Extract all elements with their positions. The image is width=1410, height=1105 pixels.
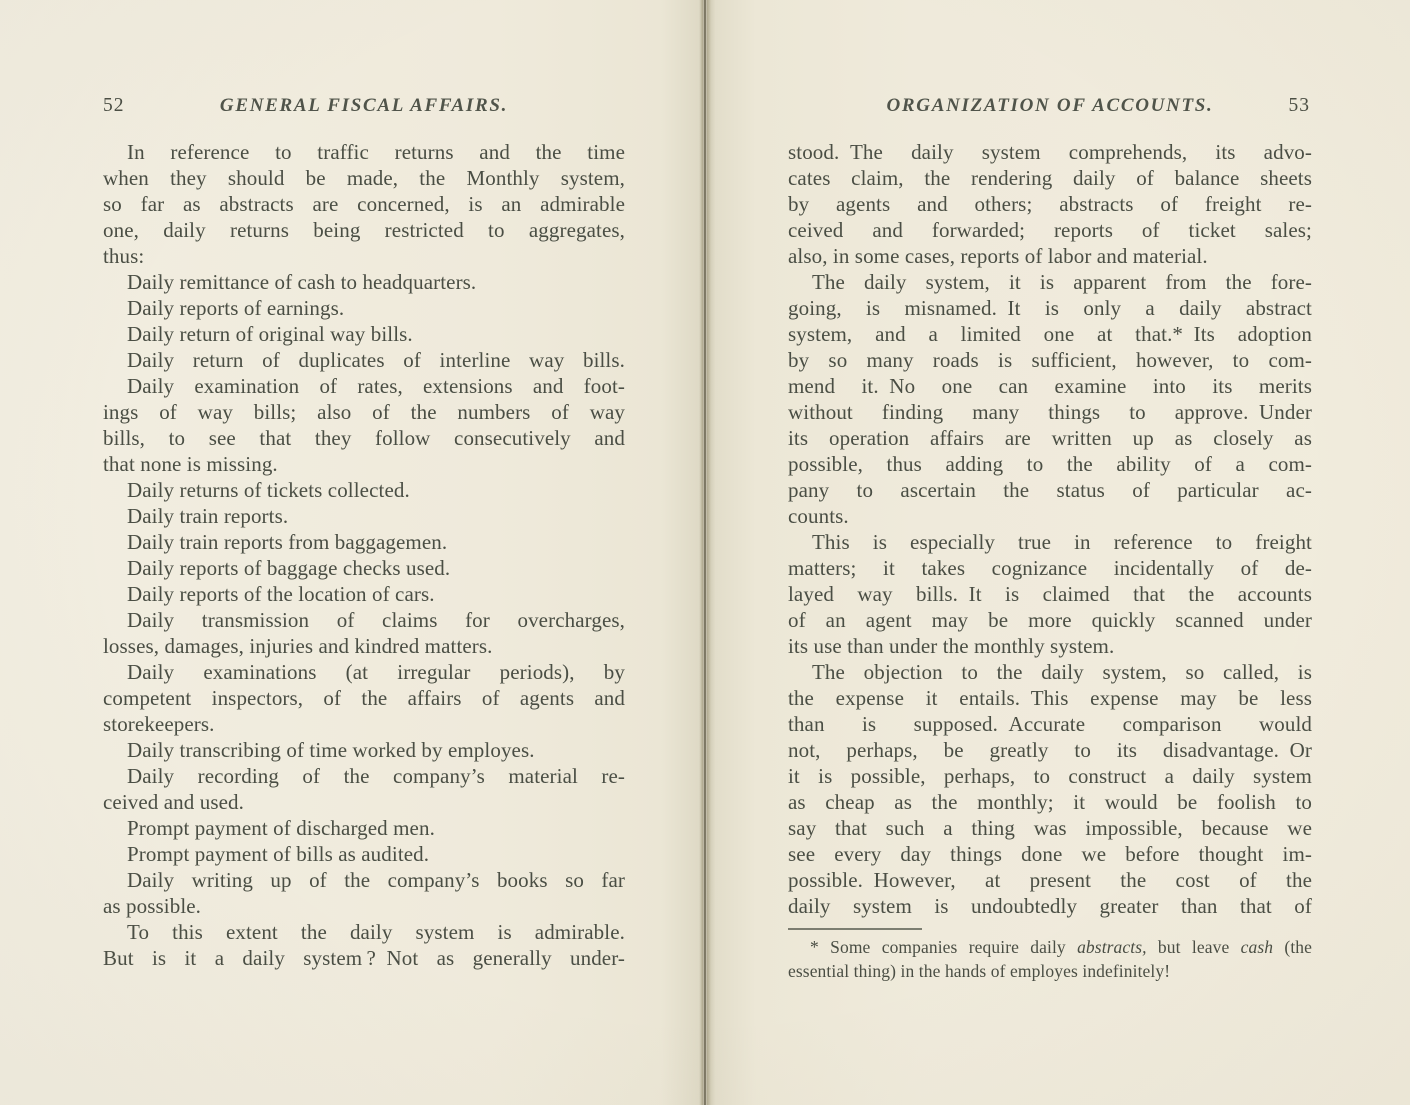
paragraph: Daily remittance of cash to headquarters… xyxy=(103,269,625,295)
text-line: Daily recording of the company’s materia… xyxy=(103,763,625,789)
footnote-italic-text: cash xyxy=(1241,937,1273,957)
text-line: Daily reports of earnings. xyxy=(103,295,625,321)
text-line: Daily return of original way bills. xyxy=(103,321,625,347)
text-line: The objection to the daily system, so ca… xyxy=(788,659,1312,685)
paragraph: Prompt payment of bills as audited. xyxy=(103,841,625,867)
paragraph: Daily examinations (at irregular periods… xyxy=(103,659,625,737)
paragraph: Daily reports of baggage checks used. xyxy=(103,555,625,581)
text-line: losses, damages, injuries and kindred ma… xyxy=(103,633,625,659)
text-line: Prompt payment of bills as audited. xyxy=(103,841,625,867)
footnote-line: * Some companies require daily abstracts… xyxy=(788,935,1312,959)
paragraph: To this extent the daily system is admir… xyxy=(103,919,625,971)
left-page-number: 52 xyxy=(103,95,125,117)
text-line: system, and a limited one at that.* Its … xyxy=(788,321,1312,347)
text-line: not, perhaps, be greatly to its disadvan… xyxy=(788,737,1312,763)
right-running-title: ORGANIZATION OF ACCOUNTS. xyxy=(788,95,1312,117)
paragraph: The daily system, it is apparent from th… xyxy=(788,269,1312,529)
text-line: say that such a thing was impossible, be… xyxy=(788,815,1312,841)
text-line: layed way bills. It is claimed that the … xyxy=(788,581,1312,607)
paragraph: Daily train reports from baggagemen. xyxy=(103,529,625,555)
book-spine-fold xyxy=(699,0,711,1105)
text-line: ceived and used. xyxy=(103,789,625,815)
text-line: The daily system, it is apparent from th… xyxy=(788,269,1312,295)
paragraph: Daily returns of tickets collected. xyxy=(103,477,625,503)
text-line: Daily transcribing of time worked by emp… xyxy=(103,737,625,763)
text-line: without finding many things to approve. … xyxy=(788,399,1312,425)
text-line: Daily return of duplicates of interline … xyxy=(103,347,625,373)
right-page-body: stood. The daily system comprehends, its… xyxy=(788,139,1312,983)
text-line: storekeepers. xyxy=(103,711,625,737)
paragraph: Daily recording of the company’s materia… xyxy=(103,763,625,815)
text-line: To this extent the daily system is admir… xyxy=(103,919,625,945)
footnote-rule xyxy=(788,928,922,930)
footnote-italic-text: abstracts, xyxy=(1077,937,1147,957)
paragraph: Daily train reports. xyxy=(103,503,625,529)
paragraph: stood. The daily system comprehends, its… xyxy=(788,139,1312,269)
text-line: as cheap as the monthly; it would be foo… xyxy=(788,789,1312,815)
text-line: as possible. xyxy=(103,893,625,919)
left-page-body: In reference to traffic returns and the … xyxy=(103,139,625,971)
paragraph: Daily writing up of the company’s books … xyxy=(103,867,625,919)
text-line: its operation affairs are written up as … xyxy=(788,425,1312,451)
text-line: Daily remittance of cash to headquarters… xyxy=(103,269,625,295)
paragraph: Prompt payment of discharged men. xyxy=(103,815,625,841)
footnote-text: (the xyxy=(1273,937,1312,957)
text-line: also, in some cases, reports of labor an… xyxy=(788,243,1312,269)
paragraph: Daily examination of rates, extensions a… xyxy=(103,373,625,477)
paragraph: Daily transmission of claims for overcha… xyxy=(103,607,625,659)
paragraph: Daily reports of the location of cars. xyxy=(103,581,625,607)
paragraph: Daily reports of earnings. xyxy=(103,295,625,321)
text-line: see every day things done we before thou… xyxy=(788,841,1312,867)
paragraph: In reference to traffic returns and the … xyxy=(103,139,625,269)
text-line: Daily train reports from baggagemen. xyxy=(103,529,625,555)
text-line: cates claim, the rendering daily of bala… xyxy=(788,165,1312,191)
text-line: than is supposed. Accurate comparison wo… xyxy=(788,711,1312,737)
text-line: daily system is undoubtedly greater than… xyxy=(788,893,1312,919)
text-line: it is possible, perhaps, to construct a … xyxy=(788,763,1312,789)
text-line: ceived and forwarded; reports of ticket … xyxy=(788,217,1312,243)
text-line: Daily examination of rates, extensions a… xyxy=(103,373,625,399)
text-line: But is it a daily system ? Not as genera… xyxy=(103,945,625,971)
text-line: Daily writing up of the company’s books … xyxy=(103,867,625,893)
text-line: by so many roads is sufficient, however,… xyxy=(788,347,1312,373)
footnote-text: essential thing) in the hands of employe… xyxy=(788,961,1170,981)
paragraph: Daily return of original way bills. xyxy=(103,321,625,347)
right-running-head: ORGANIZATION OF ACCOUNTS. 53 xyxy=(788,95,1312,121)
text-line: Daily train reports. xyxy=(103,503,625,529)
text-line: Daily transmission of claims for overcha… xyxy=(103,607,625,633)
paragraph: Daily transcribing of time worked by emp… xyxy=(103,737,625,763)
text-line: ings of way bills; also of the numbers o… xyxy=(103,399,625,425)
text-line: In reference to traffic returns and the … xyxy=(103,139,625,165)
text-line: so far as abstracts are concerned, is an… xyxy=(103,191,625,217)
paragraph: This is especially true in reference to … xyxy=(788,529,1312,659)
text-line: possible. However, at present the cost o… xyxy=(788,867,1312,893)
text-line: Daily reports of the location of cars. xyxy=(103,581,625,607)
text-line: stood. The daily system comprehends, its… xyxy=(788,139,1312,165)
text-line: counts. xyxy=(788,503,1312,529)
text-line: Daily examinations (at irregular periods… xyxy=(103,659,625,685)
paragraph: The objection to the daily system, so ca… xyxy=(788,659,1312,919)
text-line: going, is misnamed. It is only a daily a… xyxy=(788,295,1312,321)
text-line: the expense it entails. This expense may… xyxy=(788,685,1312,711)
text-line: Daily returns of tickets collected. xyxy=(103,477,625,503)
paragraph: Daily return of duplicates of interline … xyxy=(103,347,625,373)
footnote-text: * Some companies require daily xyxy=(810,937,1077,957)
text-line: This is especially true in reference to … xyxy=(788,529,1312,555)
footnote-text: but leave xyxy=(1147,937,1241,957)
footnote-line: essential thing) in the hands of employe… xyxy=(788,959,1312,983)
text-line: one, daily returns being restricted to a… xyxy=(103,217,625,243)
text-line: pany to ascertain the status of particul… xyxy=(788,477,1312,503)
text-line: competent inspectors, of the affairs of … xyxy=(103,685,625,711)
footnote-lines: * Some companies require daily abstracts… xyxy=(788,935,1312,983)
left-running-head: 52 GENERAL FISCAL AFFAIRS. xyxy=(103,95,625,121)
right-page-number: 53 xyxy=(1289,95,1311,117)
text-line: by agents and others; abstracts of freig… xyxy=(788,191,1312,217)
text-line: Prompt payment of discharged men. xyxy=(103,815,625,841)
text-line: possible, thus adding to the ability of … xyxy=(788,451,1312,477)
text-line: when they should be made, the Monthly sy… xyxy=(103,165,625,191)
text-line: that none is missing. xyxy=(103,451,625,477)
footnote: * Some companies require daily abstracts… xyxy=(788,928,1312,983)
text-line: Daily reports of baggage checks used. xyxy=(103,555,625,581)
text-line: of an agent may be more quickly scanned … xyxy=(788,607,1312,633)
text-line: its use than under the monthly system. xyxy=(788,633,1312,659)
right-page-paragraphs: stood. The daily system comprehends, its… xyxy=(788,139,1312,919)
text-line: bills, to see that they follow consecuti… xyxy=(103,425,625,451)
left-running-title: GENERAL FISCAL AFFAIRS. xyxy=(103,95,625,117)
book-scan: 52 GENERAL FISCAL AFFAIRS. ORGANIZATION … xyxy=(0,0,1410,1105)
text-line: matters; it takes cognizance incidentall… xyxy=(788,555,1312,581)
text-line: thus: xyxy=(103,243,625,269)
text-line: mend it. No one can examine into its mer… xyxy=(788,373,1312,399)
